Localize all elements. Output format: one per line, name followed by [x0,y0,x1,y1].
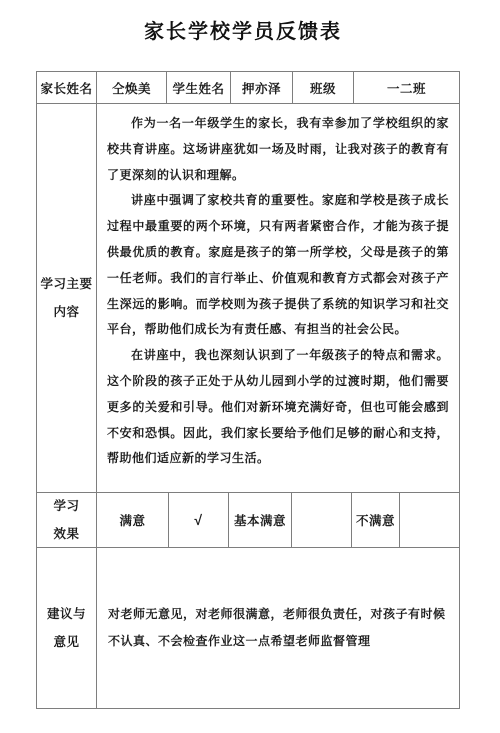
learning-content-label: 学习主要 内容 [37,104,97,492]
parent-name-value: 仝焕美 [97,72,167,103]
suggestions-label: 建议与 意见 [37,548,97,708]
content-paragraph-3: 在讲座中，我也深刻认识到了一年级孩子的特点和需求。这个阶段的孩子正处于从幼儿园到… [107,343,449,472]
content-paragraph-2: 讲座中强调了家校共育的重要性。家庭和学校是孩子成长过程中最重要的两个环境，只有两… [107,188,449,343]
learning-content-label-line1: 学习主要 [40,270,92,298]
student-name-label: 学生姓名 [167,72,231,103]
learning-content-label-line2: 内容 [53,298,79,326]
effect-option-basically-satisfied: 基本满意 [229,493,292,547]
feedback-form-page: 家长学校学员反馈表 家长姓名 仝焕美 学生姓名 押亦泽 班级 一二班 学习主要 … [0,0,500,733]
class-value: 一二班 [354,72,459,103]
learning-effect-row: 学习 效果 满意 √ 基本满意 不满意 [37,493,459,548]
effect-option-unsatisfied: 不满意 [352,493,400,547]
effect-basically-satisfied-mark-cell [292,493,352,547]
suggestions-label-line1: 建议与 [47,600,86,628]
parent-name-label: 家长姓名 [37,72,97,103]
learning-content-row: 学习主要 内容 作为一名一年级学生的家长，我有幸参加了学校组织的家校共育讲座。这… [37,104,459,493]
effect-satisfied-checkmark: √ [169,493,229,547]
class-label: 班级 [293,72,354,103]
suggestions-row: 建议与 意见 对老师无意见，对老师很满意，老师很负责任，对孩子有时候不认真、不会… [37,548,459,708]
learning-effect-label-line2: 效果 [53,520,79,547]
content-paragraph-1: 作为一名一年级学生的家长，我有幸参加了学校组织的家校共育讲座。这场讲座犹如一场及… [107,111,449,188]
student-name-value: 押亦泽 [231,72,293,103]
feedback-table: 家长姓名 仝焕美 学生姓名 押亦泽 班级 一二班 学习主要 内容 作为一名一年级… [36,71,460,709]
effect-option-satisfied: 满意 [97,493,169,547]
suggestions-text: 对老师无意见，对老师很满意，老师很负责任，对孩子有时候不认真、不会检查作业这一点… [108,601,448,655]
learning-effect-label: 学习 效果 [37,493,97,547]
suggestions-text-cell: 对老师无意见，对老师很满意，老师很负责任，对孩子有时候不认真、不会检查作业这一点… [97,548,459,708]
learning-effect-label-line1: 学习 [53,493,79,520]
learning-content-text: 作为一名一年级学生的家长，我有幸参加了学校组织的家校共育讲座。这场讲座犹如一场及… [97,104,459,492]
suggestions-label-line2: 意见 [53,628,79,656]
page-title: 家长学校学员反馈表 [0,15,486,44]
info-row: 家长姓名 仝焕美 学生姓名 押亦泽 班级 一二班 [37,72,459,104]
effect-unsatisfied-mark-cell [400,493,459,547]
